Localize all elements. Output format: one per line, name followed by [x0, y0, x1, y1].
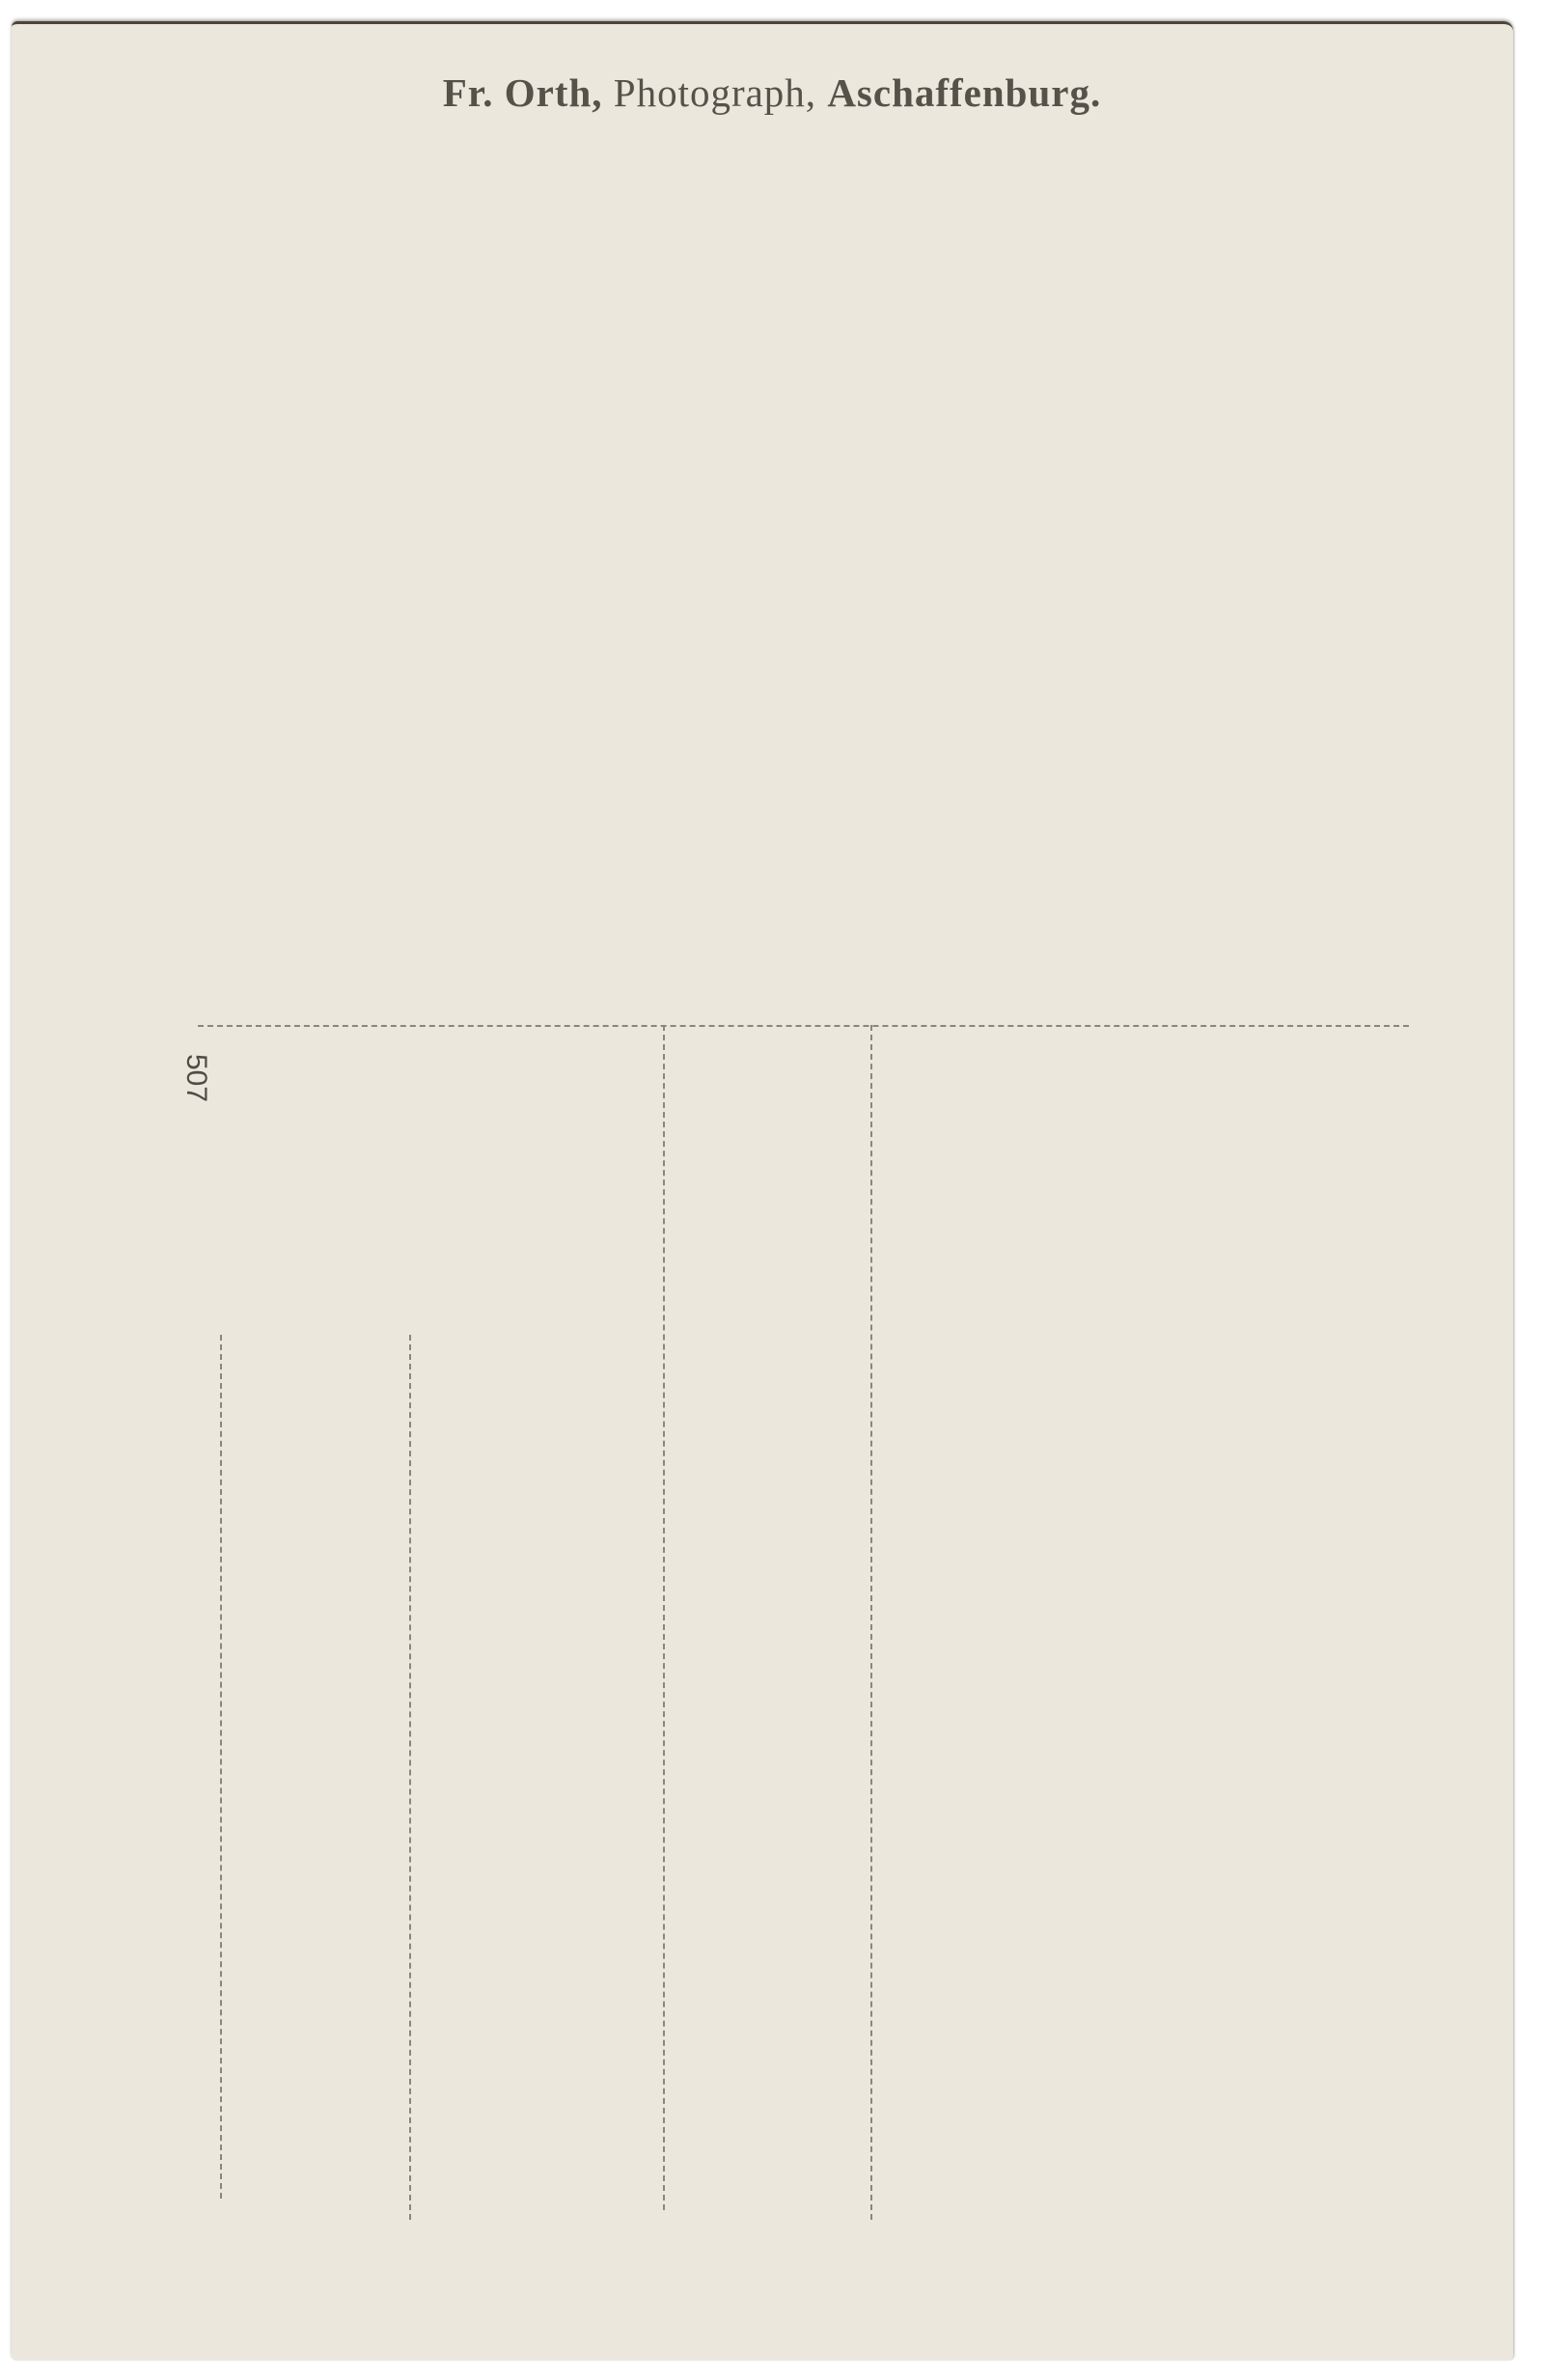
city-name: Aschaffenburg. — [827, 70, 1101, 115]
address-line-2 — [409, 1335, 411, 2220]
divider-horizontal — [198, 1025, 1409, 1027]
divider-vertical — [870, 1025, 872, 2220]
publisher-imprint: Fr. Orth, Photograph, Aschaffenburg. — [0, 69, 1544, 116]
profession-label: Photograph, — [614, 70, 816, 115]
postcard-back — [12, 21, 1513, 2360]
card-number: 507 — [179, 1054, 212, 1102]
photographer-name: Fr. Orth, — [443, 70, 603, 115]
address-line-1 — [220, 1335, 222, 2199]
address-line-3 — [663, 1025, 665, 2210]
